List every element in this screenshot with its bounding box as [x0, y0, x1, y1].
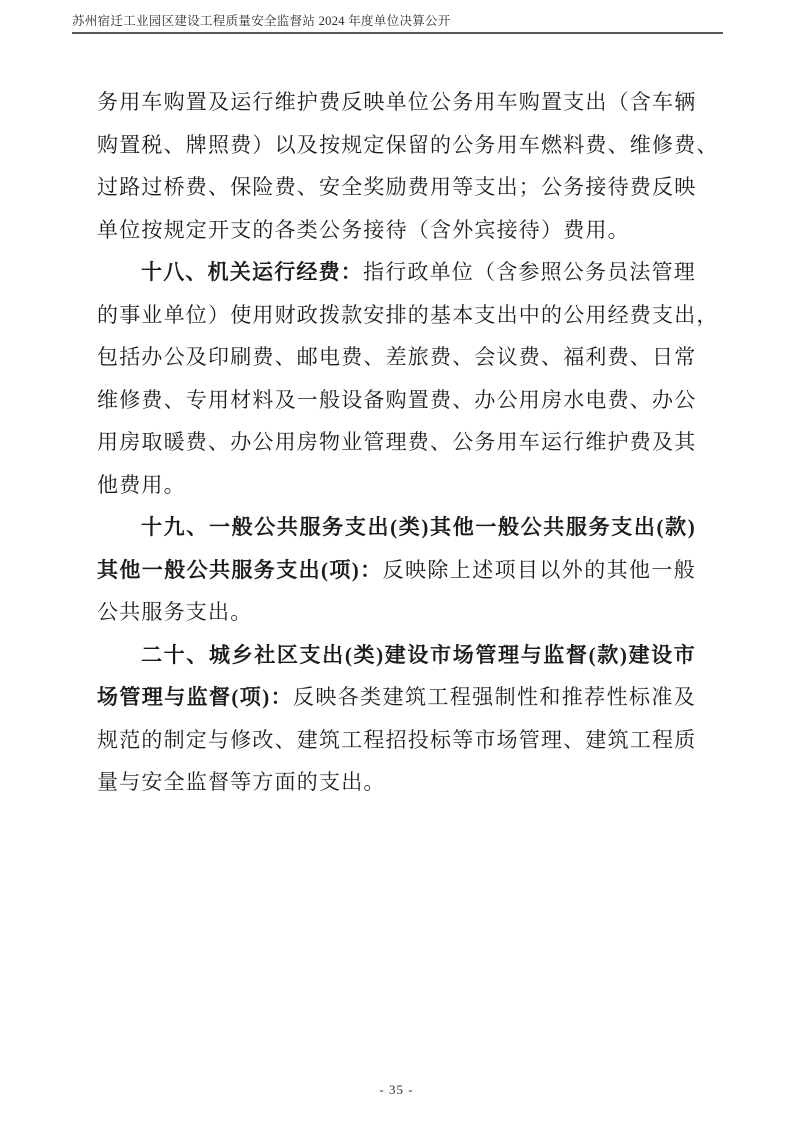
text-segment: 的事业单位）使用财政拨款安排的基本支出中的公用经费支出，	[97, 303, 719, 327]
body-line: 场管理与监督(项)：反映各类建筑工程强制性和推荐性标准及	[97, 676, 696, 719]
heading-segment: 十九、一般公共服务支出(类)其他一般公共服务支出(款)	[141, 515, 696, 539]
body-line: 用房取暖费、办公用房物业管理费、公务用车运行维护费及其	[97, 421, 696, 464]
body-line: 务用车购置及运行维护费反映单位公务用车购置支出（含车辆	[97, 81, 696, 124]
page-header: 苏州宿迁工业园区建设工程质量安全监督站 2024 年度单位决算公开	[72, 14, 723, 34]
heading-segment: 场管理与监督(项)：	[97, 685, 293, 709]
text-segment: 单位按规定开支的各类公务接待（含外宾接待）费用。	[97, 218, 630, 242]
body-line: 包括办公及印刷费、邮电费、差旅费、会议费、福利费、日常	[97, 336, 696, 379]
page-footer: - 35 -	[0, 1081, 793, 1099]
body-line: 十八、机关运行经费：指行政单位（含参照公务员法管理	[97, 251, 696, 294]
body-text: 务用车购置及运行维护费反映单位公务用车购置支出（含车辆购置税、牌照费）以及按规定…	[97, 81, 696, 804]
document-page: 苏州宿迁工业园区建设工程质量安全监督站 2024 年度单位决算公开 务用车购置及…	[0, 0, 793, 1122]
text-segment: 量与安全监督等方面的支出。	[97, 770, 386, 794]
header-title: 苏州宿迁工业园区建设工程质量安全监督站 2024 年度单位决算公开	[72, 14, 723, 28]
body-line: 二十、城乡社区支出(类)建设市场管理与监督(款)建设市	[97, 634, 696, 677]
body-line: 规范的制定与修改、建筑工程招投标等市场管理、建筑工程质	[97, 719, 696, 762]
heading-segment: 其他一般公共服务支出(项)：	[97, 558, 383, 582]
body-line: 过路过桥费、保险费、安全奖励费用等支出；公务接待费反映	[97, 166, 696, 209]
body-line: 单位按规定开支的各类公务接待（含外宾接待）费用。	[97, 209, 696, 252]
body-line: 他费用。	[97, 464, 696, 507]
heading-segment: 二十、城乡社区支出(类)建设市场管理与监督(款)建设市	[141, 643, 696, 667]
text-segment: 维修费、专用材料及一般设备购置费、办公用房水电费、办公	[97, 388, 696, 412]
text-segment: 公共服务支出。	[97, 600, 252, 624]
text-segment: 购置税、牌照费）以及按规定保留的公务用车燃料费、维修费、	[97, 133, 719, 157]
body-line: 其他一般公共服务支出(项)：反映除上述项目以外的其他一般	[97, 549, 696, 592]
text-segment: 用房取暖费、办公用房物业管理费、公务用车运行维护费及其	[97, 430, 696, 454]
body-line: 购置税、牌照费）以及按规定保留的公务用车燃料费、维修费、	[97, 124, 696, 167]
text-segment: 规范的制定与修改、建筑工程招投标等市场管理、建筑工程质	[97, 728, 696, 752]
body-line: 十九、一般公共服务支出(类)其他一般公共服务支出(款)	[97, 506, 696, 549]
body-line: 公共服务支出。	[97, 591, 696, 634]
text-segment: 反映各类建筑工程强制性和推荐性标准及	[293, 685, 696, 709]
text-segment: 反映除上述项目以外的其他一般	[383, 558, 696, 582]
text-segment: 指行政单位（含参照公务员法管理	[363, 260, 696, 284]
text-segment: 他费用。	[97, 473, 186, 497]
body-line: 的事业单位）使用财政拨款安排的基本支出中的公用经费支出，	[97, 294, 696, 337]
text-segment: 务用车购置及运行维护费反映单位公务用车购置支出（含车辆	[97, 90, 696, 114]
heading-segment: 十八、机关运行经费：	[141, 260, 363, 284]
page-number: - 35 -	[379, 1082, 413, 1097]
body-line: 量与安全监督等方面的支出。	[97, 761, 696, 804]
text-segment: 过路过桥费、保险费、安全奖励费用等支出；公务接待费反映	[97, 175, 696, 199]
text-segment: 包括办公及印刷费、邮电费、差旅费、会议费、福利费、日常	[97, 345, 696, 369]
body-line: 维修费、专用材料及一般设备购置费、办公用房水电费、办公	[97, 379, 696, 422]
